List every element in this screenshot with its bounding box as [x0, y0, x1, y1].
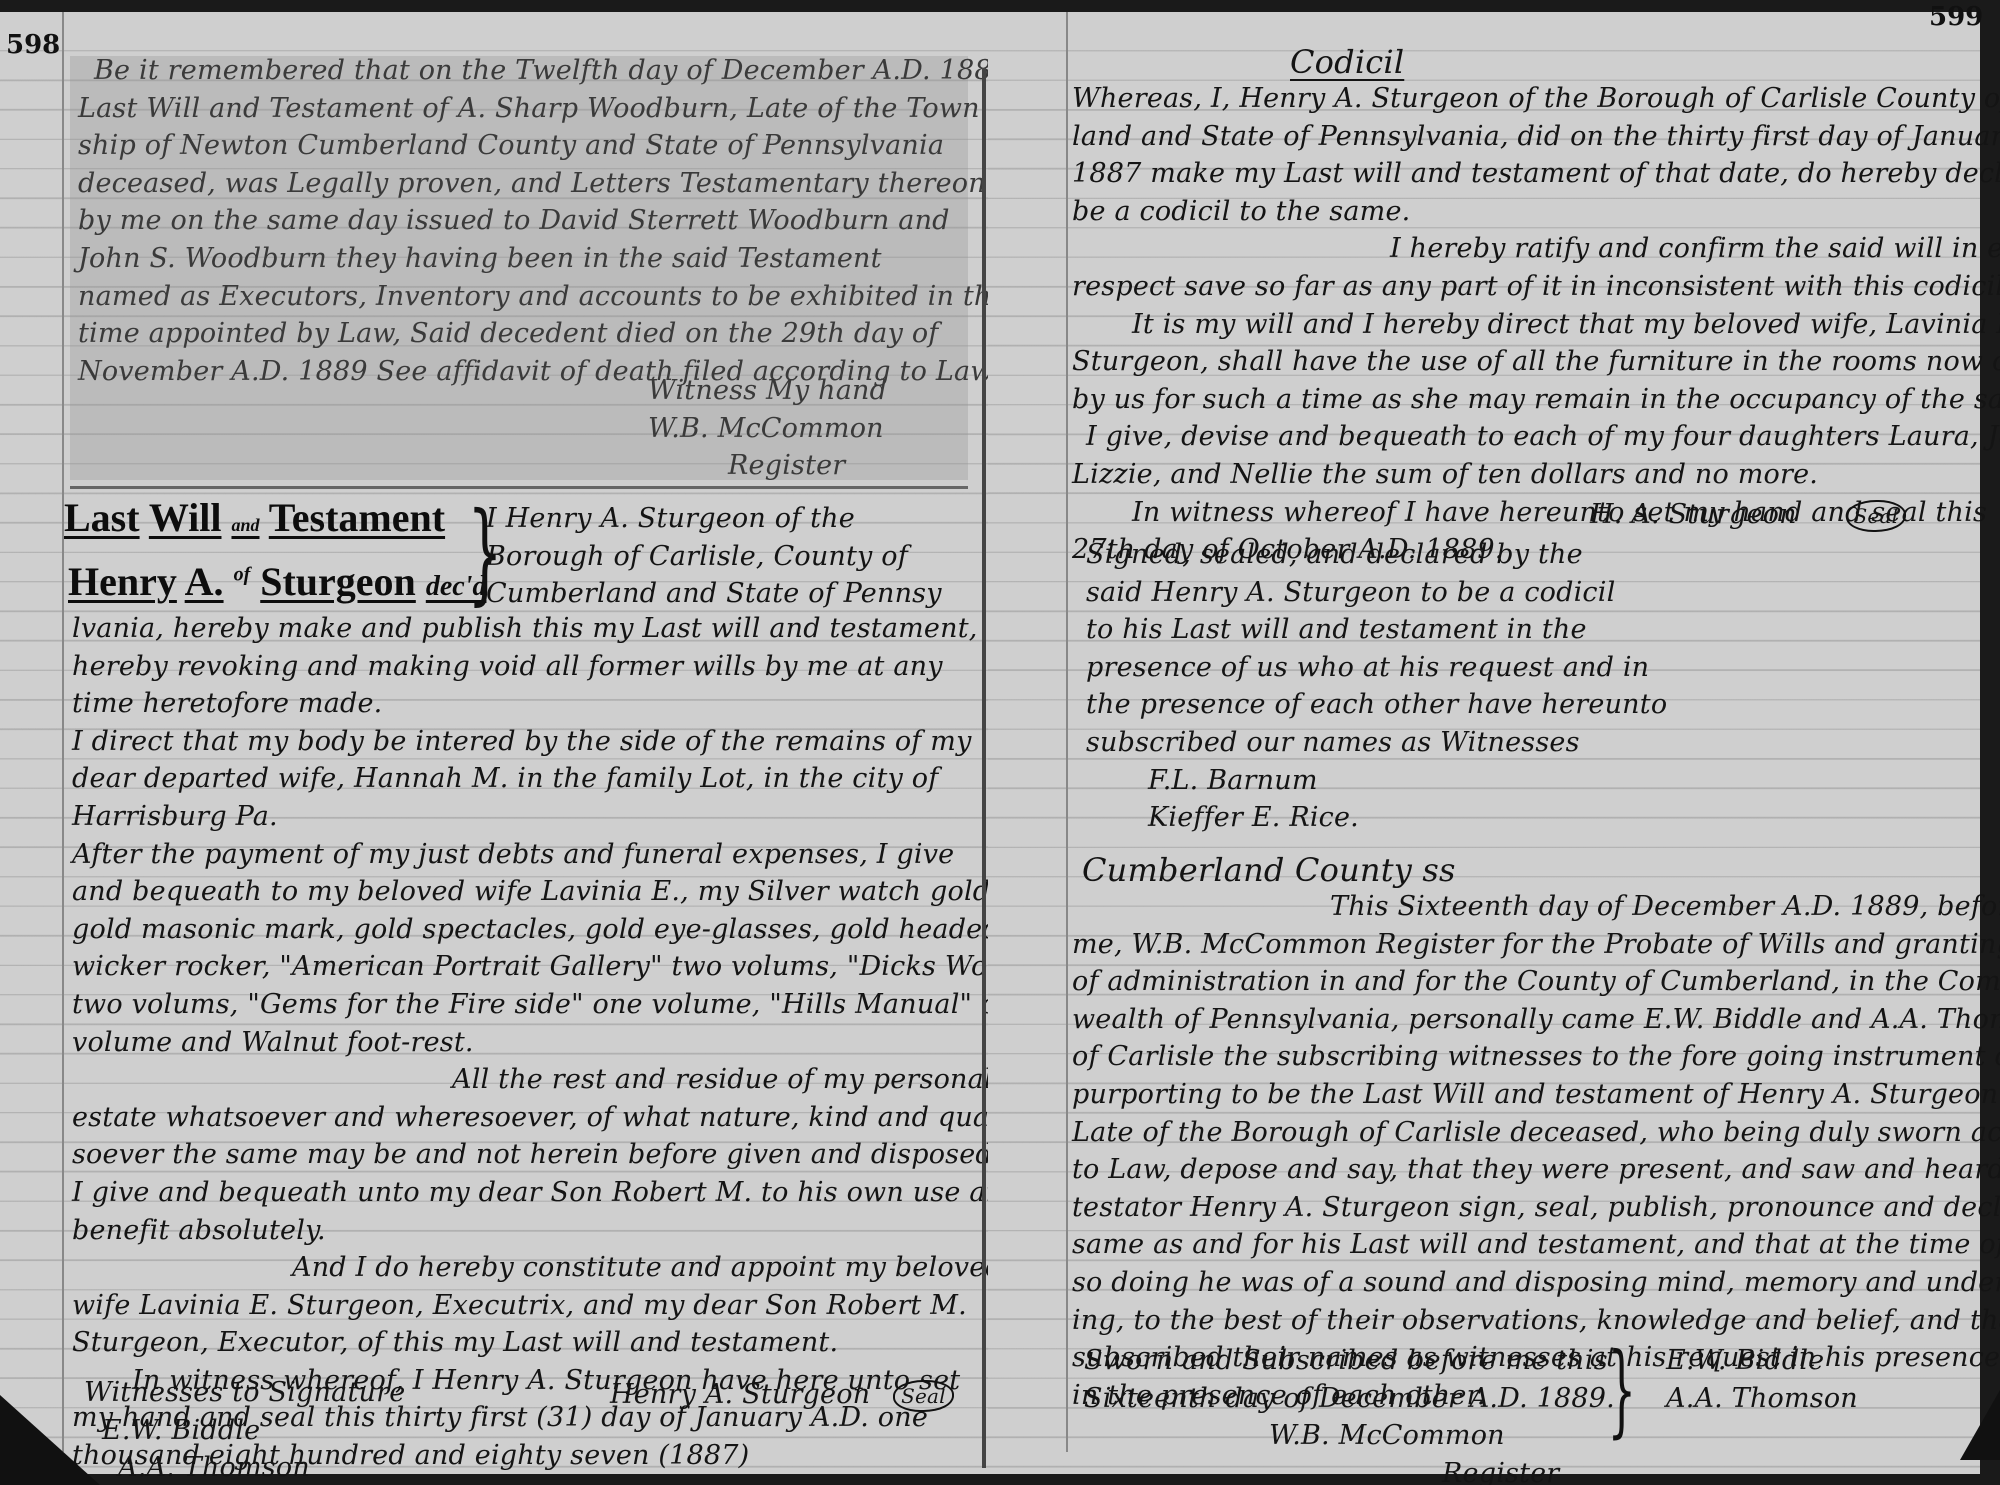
will-heading-line2: Henry A. of Sturgeon dec'd — [68, 558, 486, 605]
will-line: two volums, "Gems for the Fire side" one… — [72, 986, 1083, 1024]
oath-line: ing, to the best of their observations, … — [1072, 1302, 2000, 1340]
oath-heading: Cumberland County ss — [1082, 852, 1456, 890]
oath-line: of Carlisle the subscribing witnesses to… — [1072, 1038, 2000, 1076]
will-intro: I Henry A. Sturgeon of the Borough of Ca… — [486, 500, 942, 613]
probate-line: November A.D. 1889 See affidavit of deat… — [78, 353, 1072, 391]
attestation-line: to his Last will and testament in the — [1086, 611, 1667, 649]
register-name: W.B. McCommon — [648, 410, 887, 448]
sworn-line: Sixteenth day of December A.D. 1889. — [1084, 1380, 1615, 1418]
testator-signature-block: Henry A. Sturgeon Seal — [610, 1376, 954, 1414]
codicil-witness: Kieffer E. Rice. — [1086, 799, 1667, 837]
heading-word: of — [234, 564, 251, 586]
codicil-line: Lizzie, and Nellie the sum of ten dollar… — [1072, 456, 2000, 494]
oath-line: to Law, depose and say, that they were p… — [1072, 1151, 2000, 1189]
will-line: hereby revoking and making void all form… — [72, 648, 1083, 686]
will-line: and bequeath to my beloved wife Lavinia … — [72, 873, 1083, 911]
left-margin-line — [62, 12, 64, 1452]
witness-name: E.W. Biddle — [84, 1412, 405, 1450]
register-signature-block: Witness My hand W.B. McCommon Register — [648, 372, 887, 485]
register-title: Register — [648, 447, 887, 485]
will-line: time heretofore made. — [72, 685, 1083, 723]
attestation-line: the presence of each other have hereunto — [1086, 686, 1667, 724]
book-spine — [982, 68, 986, 1468]
will-line: dear departed wife, Hannah M. in the fam… — [72, 760, 1083, 798]
right-brace: } — [1607, 1330, 1636, 1450]
will-line: estate whatsoever and wheresoever, of wh… — [72, 1099, 1083, 1137]
codicil-signature: H. A. Sturgeon — [1590, 499, 1797, 530]
codicil-attestation: Signed, sealed, and declared by the said… — [1086, 536, 1667, 837]
will-line: And I do hereby constitute and appoint m… — [72, 1249, 1083, 1287]
right-margin-line — [1066, 12, 1068, 1452]
will-line: I direct that my body be intered by the … — [72, 723, 1083, 761]
heading-word: A. — [185, 559, 224, 604]
codicil-line: It is my will and I hereby direct that m… — [1072, 306, 2000, 344]
will-heading-line1: Last Will and Testament — [64, 494, 445, 541]
probate-line: John S. Woodburn they having been in the… — [78, 240, 1072, 278]
oath-line: of administration in and for the County … — [1072, 963, 2000, 1001]
will-intro-line: Borough of Carlisle, County of — [486, 538, 942, 576]
codicil-line: land and State of Pennsylvania, did on t… — [1072, 118, 2000, 156]
probate-line: ship of Newton Cumberland County and Sta… — [78, 127, 1072, 165]
oath-body: This Sixteenth day of December A.D. 1889… — [1072, 888, 2000, 1414]
codicil-witness: F.L. Barnum — [1086, 762, 1667, 800]
probate-line: Be it remembered that on the Twelfth day… — [78, 52, 1072, 90]
probate-entry-text: Be it remembered that on the Twelfth day… — [78, 52, 1072, 390]
oath-line: wealth of Pennsylvania, personally came … — [1072, 1001, 2000, 1039]
heading-word: Will — [149, 495, 222, 540]
witnesses-label: Witnesses to Signature — [84, 1374, 405, 1412]
oath-line: Late of the Borough of Carlisle deceased… — [1072, 1114, 2000, 1152]
will-line: wife Lavinia E. Sturgeon, Executrix, and… — [72, 1287, 1083, 1325]
heading-word: Sturgeon — [260, 559, 416, 604]
codicil-line: respect save so far as any part of it in… — [1072, 268, 2000, 306]
oath-line: This Sixteenth day of December A.D. 1889… — [1072, 888, 2000, 926]
will-line: I give and bequeath unto my dear Son Rob… — [72, 1174, 1083, 1212]
page-number-left: 598 — [6, 30, 60, 60]
attestation-line: Signed, sealed, and declared by the — [1086, 536, 1667, 574]
testator-signature: Henry A. Sturgeon — [610, 1379, 870, 1410]
will-intro-line: I Henry A. Sturgeon of the — [486, 500, 942, 538]
sworn-register-name: W.B. McCommon — [1084, 1417, 1615, 1455]
sworn-line: Sworn and Subscribed before me this — [1084, 1342, 1615, 1380]
will-intro-line: Cumberland and State of Pennsy — [486, 575, 942, 613]
sworn-witness-name: A.A. Thomson — [1666, 1380, 1858, 1418]
sworn-register-title: Register — [1084, 1455, 1615, 1485]
will-line: After the payment of my just debts and f… — [72, 836, 1083, 874]
will-line: gold masonic mark, gold spectacles, gold… — [72, 911, 1083, 949]
probate-line: time appointed by Law, Said decedent die… — [78, 315, 1072, 353]
witness-my-hand: Witness My hand — [648, 372, 887, 410]
oath-line: testator Henry A. Sturgeon sign, seal, p… — [1072, 1189, 2000, 1227]
probate-line: by me on the same day issued to David St… — [78, 202, 1072, 240]
will-line: Harrisburg Pa. — [72, 798, 1083, 836]
codicil-signature-block: H. A. Sturgeon Seal — [1590, 496, 1906, 534]
seal-mark: Seal — [893, 1380, 954, 1412]
heading-word: Henry — [68, 559, 177, 604]
probate-line: deceased, was Legally proven, and Letter… — [78, 165, 1072, 203]
probate-line: named as Executors, Inventory and accoun… — [78, 278, 1072, 316]
will-line: lvania, hereby make and publish this my … — [72, 610, 1083, 648]
sworn-witness-name: E.W. Biddle — [1666, 1342, 1858, 1380]
oath-line: so doing he was of a sound and disposing… — [1072, 1264, 2000, 1302]
will-body: lvania, hereby make and publish this my … — [72, 610, 1083, 1475]
ledger-spread: 598 Be it remembered that on the Twelfth… — [0, 0, 2000, 1485]
codicil-line: be a codicil to the same. — [1072, 193, 2000, 231]
will-line: benefit absolutely. — [72, 1212, 1083, 1250]
codicil-line: I give, devise and bequeath to each of m… — [1072, 418, 2000, 456]
probate-line: Last Will and Testament of A. Sharp Wood… — [78, 90, 1072, 128]
codicil-line: by us for such a time as she may remain … — [1072, 381, 2000, 419]
oath-line: me, W.B. McCommon Register for the Proba… — [1072, 926, 2000, 964]
codicil-line: Sturgeon, shall have the use of all the … — [1072, 343, 2000, 381]
will-witnesses-block: Witnesses to Signature E.W. Biddle A.A. … — [84, 1374, 405, 1485]
heading-word: and — [231, 515, 259, 535]
will-line: wicker rocker, "American Portrait Galler… — [72, 948, 1083, 986]
sworn-witnesses: E.W. Biddle A.A. Thomson — [1666, 1342, 1858, 1417]
page-corner-shadow — [0, 1395, 100, 1485]
codicil-title: Codicil — [1290, 44, 1404, 82]
attestation-line: said Henry A. Sturgeon to be a codicil — [1086, 574, 1667, 612]
section-divider — [70, 486, 968, 489]
attestation-line: subscribed our names as Witnesses — [1086, 724, 1667, 762]
codicil-line: Whereas, I, Henry A. Sturgeon of the Bor… — [1072, 80, 2000, 118]
witness-name: A.A. Thomson — [84, 1449, 405, 1485]
sworn-block: Sworn and Subscribed before me this Sixt… — [1084, 1342, 1615, 1485]
attestation-line: presence of us who at his request and in — [1086, 649, 1667, 687]
will-line: All the rest and residue of my personal — [72, 1061, 1083, 1099]
will-line: Sturgeon, Executor, of this my Last will… — [72, 1324, 1083, 1362]
heading-word: Testament — [269, 495, 445, 540]
will-line: soever the same may be and not herein be… — [72, 1136, 1083, 1174]
will-line: volume and Walnut foot-rest. — [72, 1024, 1083, 1062]
codicil-line: I hereby ratify and confirm the said wil… — [1072, 230, 2000, 268]
oath-line: same as and for his Last will and testam… — [1072, 1226, 2000, 1264]
seal-mark: Seal — [1846, 500, 1907, 532]
oath-line: purporting to be the Last Will and testa… — [1072, 1076, 2000, 1114]
page-number-right: 599 — [1929, 2, 1983, 32]
heading-word: Last — [64, 495, 140, 540]
page-corner-shadow — [1960, 1390, 2000, 1460]
codicil-line: 1887 make my Last will and testament of … — [1072, 155, 2000, 193]
